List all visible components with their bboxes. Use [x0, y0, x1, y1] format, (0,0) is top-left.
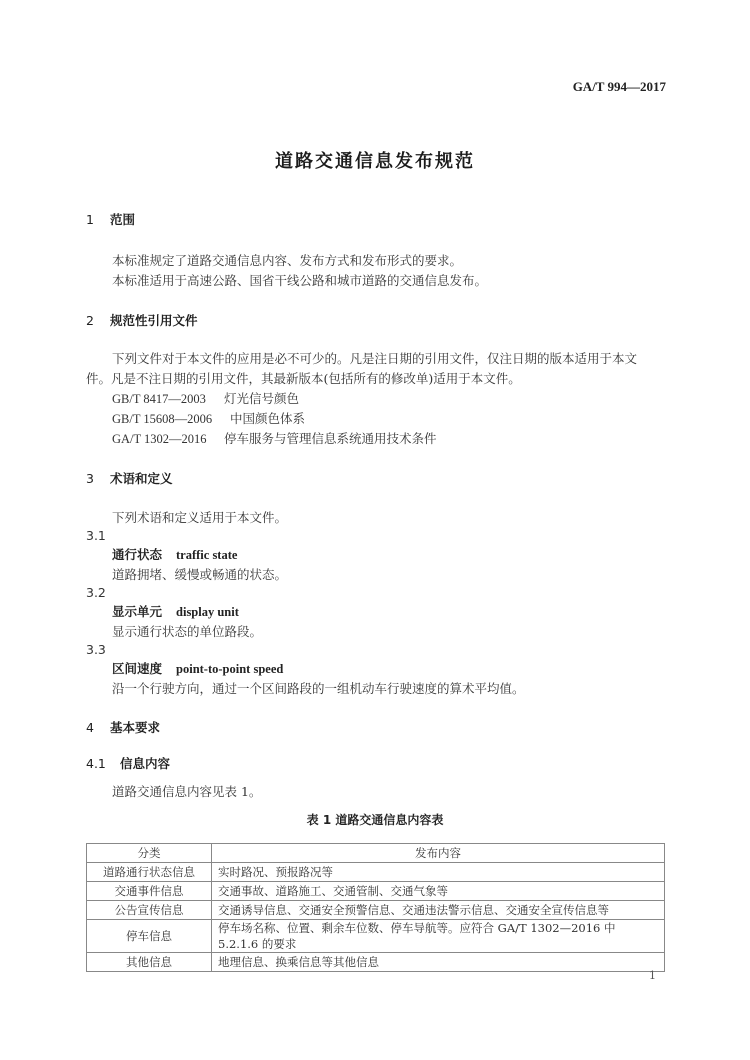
column-header: 分类 — [87, 844, 212, 863]
term-zh: 显示单元 — [112, 604, 162, 619]
term-definition: 道路拥堵、缓慢或畅通的状态。 — [112, 565, 287, 583]
paragraph: 道路交通信息内容见表 1。 — [112, 782, 261, 800]
reference-name: 停车服务与管理信息系统通用技术条件 — [224, 431, 437, 446]
section-title: 术语和定义 — [110, 471, 173, 486]
table-caption: 表 1 道路交通信息内容表 — [0, 811, 750, 828]
table-header-row: 分类 发布内容 — [87, 844, 665, 863]
normative-reference: GB/T 15608—2006中国颜色体系 — [112, 409, 305, 427]
reference-code: GB/T 15608—2006 — [112, 412, 230, 427]
category-cell: 交通事件信息 — [87, 882, 212, 901]
section-title: 基本要求 — [110, 720, 160, 735]
term-en: point-to-point speed — [176, 662, 283, 676]
content-cell: 实时路况、预报路况等 — [212, 863, 665, 882]
category-cell: 公告宣传信息 — [87, 901, 212, 920]
reference-name: 灯光信号颜色 — [224, 391, 299, 406]
section-number: 4.1 — [86, 756, 120, 771]
term-entry: 通行状态traffic state — [112, 545, 237, 563]
section-2-heading: 2规范性引用文件 — [86, 311, 198, 329]
section-number: 4 — [86, 720, 110, 735]
table-row: 其他信息 地理信息、换乘信息等其他信息 — [87, 953, 665, 972]
category-cell: 停车信息 — [87, 920, 212, 953]
content-cell: 交通诱导信息、交通安全预警信息、交通违法警示信息、交通安全宣传信息等 — [212, 901, 665, 920]
page-number: 1 — [649, 969, 656, 982]
paragraph: 本标准适用于高速公路、国省干线公路和城市道路的交通信息发布。 — [112, 271, 487, 289]
section-1-heading: 1范围 — [86, 210, 135, 228]
reference-code: GB/T 8417—2003 — [112, 392, 224, 407]
section-number: 2 — [86, 313, 110, 328]
section-title: 信息内容 — [120, 756, 170, 771]
section-title: 范围 — [110, 212, 135, 227]
category-cell: 其他信息 — [87, 953, 212, 972]
category-cell: 道路通行状态信息 — [87, 863, 212, 882]
info-content-table: 分类 发布内容 道路通行状态信息 实时路况、预报路况等 交通事件信息 交通事故、… — [86, 843, 665, 972]
paragraph: 下列术语和定义适用于本文件。 — [112, 508, 287, 526]
column-header: 发布内容 — [212, 844, 665, 863]
table-row: 道路通行状态信息 实时路况、预报路况等 — [87, 863, 665, 882]
section-title: 规范性引用文件 — [110, 313, 198, 328]
content-cell: 交通事故、道路施工、交通管制、交通气象等 — [212, 882, 665, 901]
section-3-heading: 3术语和定义 — [86, 469, 173, 487]
term-definition: 沿一个行驶方向，通过一个区间路段的一组机动车行驶速度的算术平均值。 — [112, 679, 525, 697]
subsection-4-1-heading: 4.1信息内容 — [86, 754, 170, 772]
table-row: 公告宣传信息 交通诱导信息、交通安全预警信息、交通违法警示信息、交通安全宣传信息… — [87, 901, 665, 920]
term-zh: 通行状态 — [112, 547, 162, 562]
normative-reference: GA/T 1302—2016停车服务与管理信息系统通用技术条件 — [112, 429, 437, 447]
table-row: 交通事件信息 交通事故、道路施工、交通管制、交通气象等 — [87, 882, 665, 901]
paragraph: 本标准规定了道路交通信息内容、发布方式和发布形式的要求。 — [112, 251, 462, 269]
paragraph: 件。凡是不注日期的引用文件，其最新版本(包括所有的修改单)适用于本文件。 — [86, 369, 521, 387]
term-zh: 区间速度 — [112, 661, 162, 676]
standard-code: GA/T 994—2017 — [573, 79, 666, 95]
content-cell: 停车场名称、位置、剩余车位数、停车导航等。应符合 GA/T 1302—2016 … — [212, 920, 665, 953]
term-definition: 显示通行状态的单位路段。 — [112, 622, 262, 640]
section-4-heading: 4基本要求 — [86, 718, 160, 736]
reference-name: 中国颜色体系 — [230, 411, 305, 426]
term-en: traffic state — [176, 548, 237, 562]
section-number: 1 — [86, 212, 110, 227]
reference-code: GA/T 1302—2016 — [112, 432, 224, 447]
term-en: display unit — [176, 605, 239, 619]
paragraph: 下列文件对于本文件的应用是必不可少的。凡是注日期的引用文件，仅注日期的版本适用于… — [112, 349, 637, 367]
term-entry: 显示单元display unit — [112, 602, 239, 620]
content-cell: 地理信息、换乘信息等其他信息 — [212, 953, 665, 972]
term-number: 3.2 — [86, 585, 106, 600]
term-number: 3.3 — [86, 642, 106, 657]
table-row: 停车信息 停车场名称、位置、剩余车位数、停车导航等。应符合 GA/T 1302—… — [87, 920, 665, 953]
term-entry: 区间速度point-to-point speed — [112, 659, 283, 677]
section-number: 3 — [86, 471, 110, 486]
term-number: 3.1 — [86, 528, 106, 543]
document-title: 道路交通信息发布规范 — [0, 147, 750, 173]
normative-reference: GB/T 8417—2003灯光信号颜色 — [112, 389, 299, 407]
